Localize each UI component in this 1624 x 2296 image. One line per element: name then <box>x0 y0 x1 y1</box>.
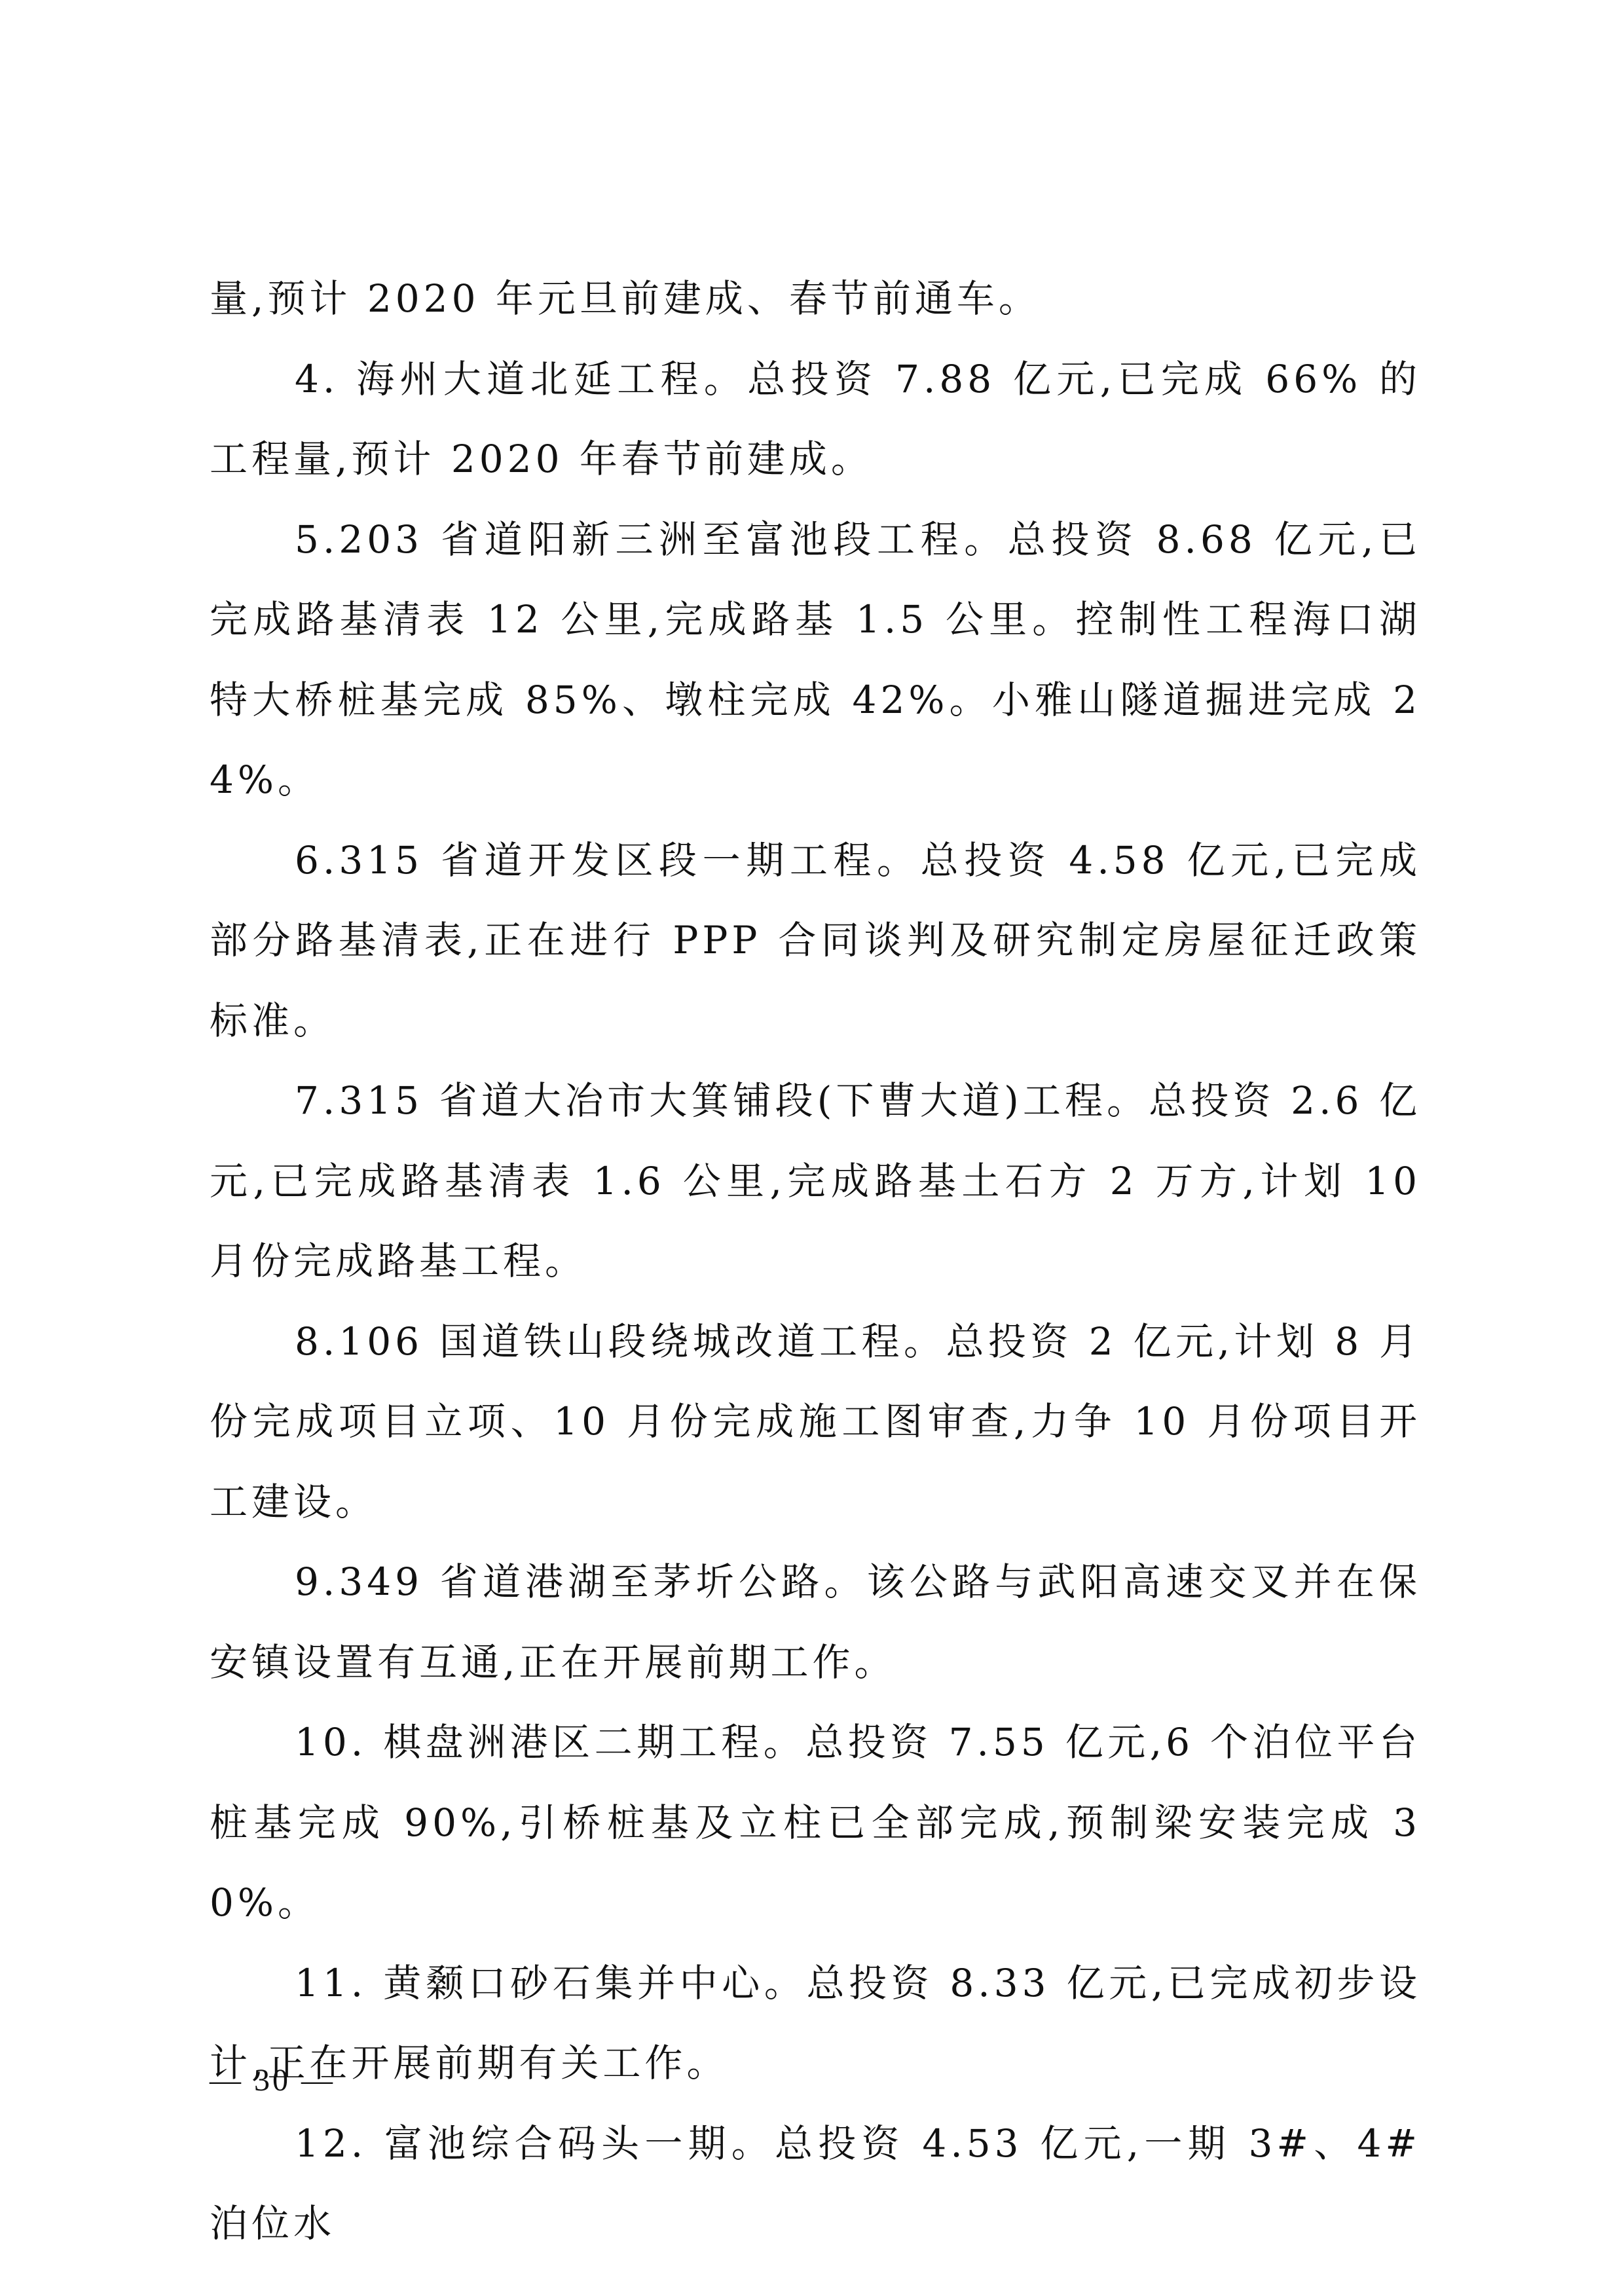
paragraph-item-8: 8.106 国道铁山段绕城改道工程。总投资 2 亿元,计划 8 月份完成项目立项… <box>210 1302 1421 1542</box>
paragraph-item-11: 11. 黄颡口砂石集并中心。总投资 8.33 亿元,已完成初步设计,正在开展前期… <box>210 1943 1421 2104</box>
paragraph-item-12: 12. 富池综合码头一期。总投资 4.53 亿元,一期 3#、4#泊位水 <box>210 2104 1421 2264</box>
paragraph-item-5: 5.203 省道阳新三洲至富池段工程。总投资 8.68 亿元,已完成路基清表 1… <box>210 500 1421 820</box>
paragraph-item-10: 10. 棋盘洲港区二期工程。总投资 7.55 亿元,6 个泊位平台桩基完成 90… <box>210 1702 1421 1943</box>
body-text: 量,预计 2020 年元旦前建成、春节前通车。 4. 海州大道北延工程。总投资 … <box>210 259 1421 2264</box>
page-number: — 30 — <box>210 2061 335 2100</box>
document-page: 量,预计 2020 年元旦前建成、春节前通车。 4. 海州大道北延工程。总投资 … <box>0 0 1624 2296</box>
paragraph-item-6: 6.315 省道开发区段一期工程。总投资 4.58 亿元,已完成部分路基清表,正… <box>210 820 1421 1061</box>
paragraph-item-4: 4. 海州大道北延工程。总投资 7.88 亿元,已完成 66% 的工程量,预计 … <box>210 339 1421 500</box>
paragraph-item-7: 7.315 省道大冶市大箕铺段(下曹大道)工程。总投资 2.6 亿元,已完成路基… <box>210 1061 1421 1302</box>
paragraph-continuation: 量,预计 2020 年元旦前建成、春节前通车。 <box>210 259 1421 339</box>
paragraph-item-9: 9.349 省道港湖至茅圻公路。该公路与武阳高速交叉并在保安镇设置有互通,正在开… <box>210 1542 1421 1702</box>
